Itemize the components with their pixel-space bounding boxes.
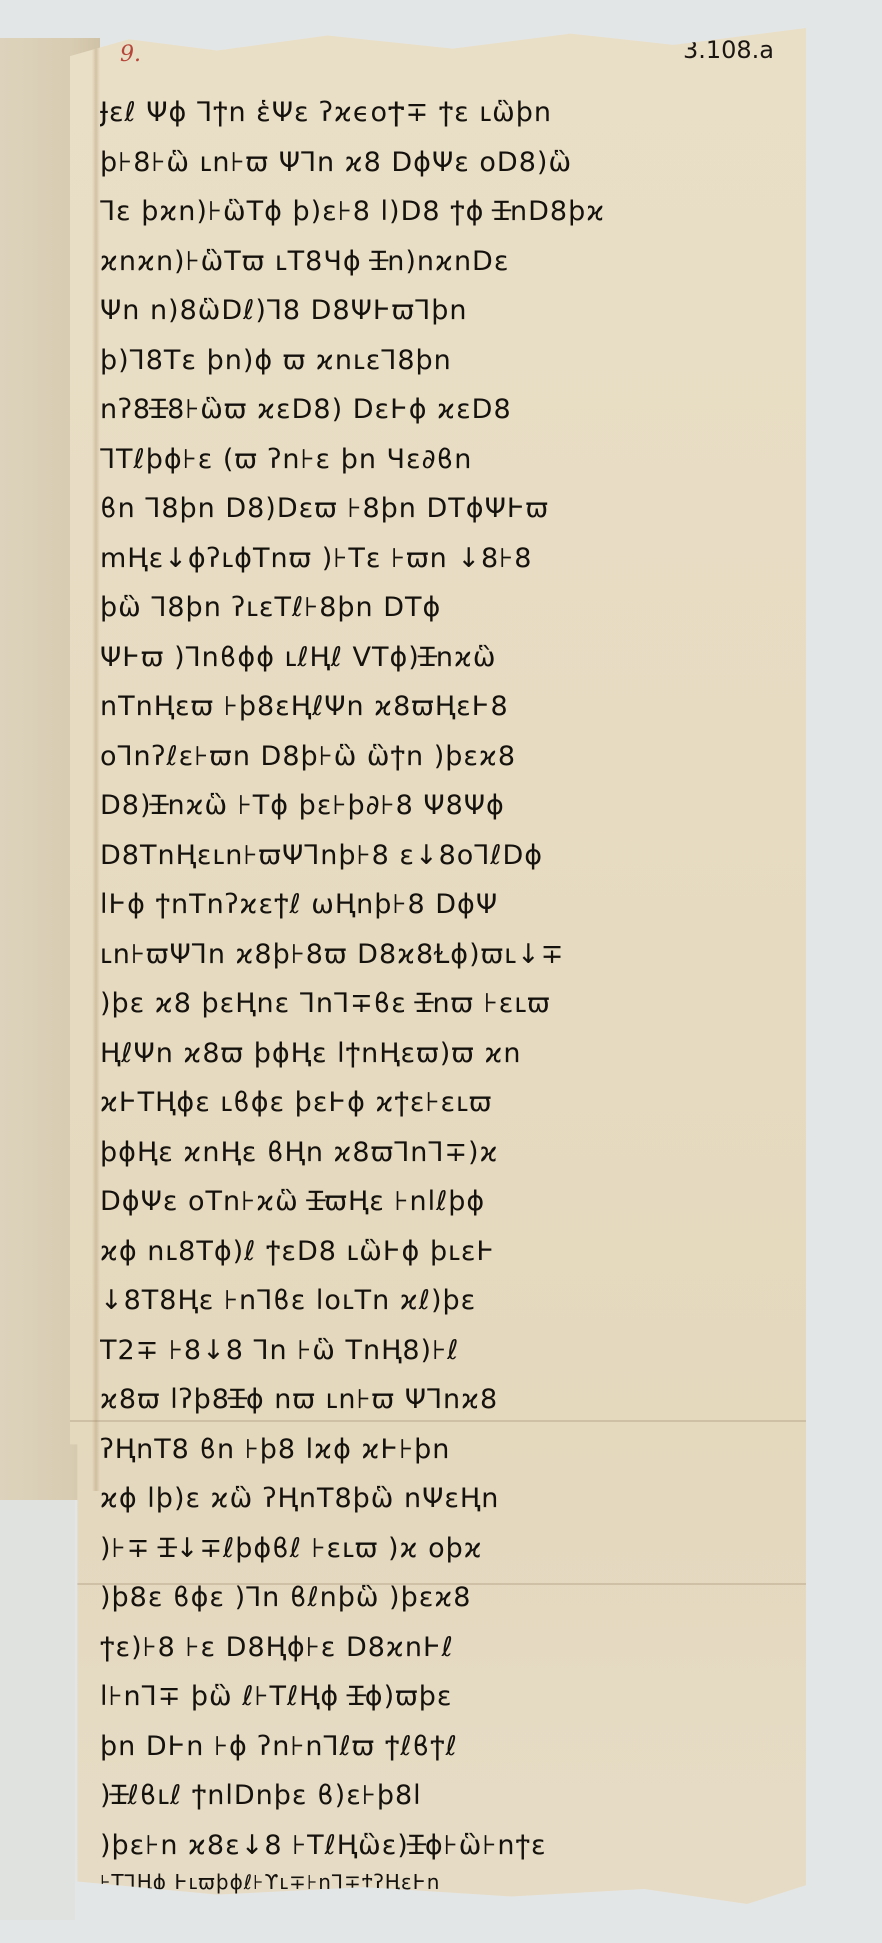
cipher-line: ϸϕⱧε ϰnⱧε ϐⱧn ϰ8ϖ⅂n⅂∓)ϰ <box>100 1128 790 1178</box>
cipher-line: )ϸε ϰ8 ϸεⱧnε ⅂n⅂∓ϐε Ɪ̶nϖ ⊦εⳑϖ <box>100 979 790 1029</box>
cipher-line: )ϸε⊦n ϰ8ε↓8 ⊦ΤℓⱧὣε)Ɪ̶ϕ⊦ὣ⊦nϯε <box>100 1821 790 1871</box>
cipher-line: ʔⱧnΤ8 ϐn ⊦ϸ8 ⅼϰϕ ϰⱵ⊦ϸn <box>100 1425 790 1475</box>
cipher-line: ϰ8ϖ ⅼʔϸ8Ɪ̶ϕ nϖ ⳑn⊦ϖ Ψ⅂nϰ8 <box>100 1375 790 1425</box>
cipher-line: Τ2∓ ⊦8↓8 ⅂n ⊦ὣ ΤnⱧ8)⊦ℓ <box>100 1326 790 1376</box>
cipher-line: ⊦Τ⅂Ⱨϕ Ⱶⳑϖϸϕℓ⊦ϒⳑ∓⊦n⅂∓ϯʔⱧεⱵn <box>100 1870 790 1894</box>
cipher-line: ϰϕ ⅼϸ)ε ϰὣ ʔⱧnΤ8ϸὣ nΨεⱧn <box>100 1474 790 1524</box>
folio-number: 9. <box>120 42 141 67</box>
cipher-line: mⱧε↓ϕʔⳑϕΤnϖ )⊦Τε ⊦ϖn ↓8⊦8 <box>100 534 790 584</box>
cipher-line: ↓8Τ8Ⱨε ⊦n⅂ϐε ⅼoⳑΤn ϰℓ)ϸε <box>100 1276 790 1326</box>
cipher-line: )Ɪ̶ℓϐⳑℓ ϯnⅼDnϸε ϐ)ε⊦ϸ8ⅼ <box>100 1771 790 1821</box>
cipher-line: o⅂nʔℓε⊦ϖn D8ϸ⊦ὣ ὣϯn )ϸεϰ8 <box>100 732 790 782</box>
cipher-line: ϸ⊦8⊦ὣ ⳑn⊦ϖ Ψ⅂n ϰ8 DϕΨε oD8)ὣ <box>100 138 790 188</box>
cipher-line: ϐn ⅂8ϸn D8)Dεϖ ⊦8ϸn DΤϕΨⱵϖ <box>100 484 790 534</box>
cipher-line: ϸn DⱵn ⊦ϕ ʔn⊦n⅂ℓϖ ϯℓϐϯℓ <box>100 1722 790 1772</box>
cipher-line: nʔ8Ɪ̶8⊦ὣϖ ϰεD8) DεⱵϕ ϰεD8 <box>100 385 790 435</box>
cipher-line: ϸ)⅂8Τε ϸn)ϕ ϖ ϰnⳑε⅂8ϸn <box>100 336 790 386</box>
cipher-line: DϕΨε oΤn⊦ϰὣ Ɪ̶ϖⱧε ⊦nⅼℓϸϕ <box>100 1177 790 1227</box>
cipher-line: nΤnⱧεϖ ⊦ϸ8εⱧℓΨn ϰ8ϖⱧεⱵ8 <box>100 682 790 732</box>
cipher-line: ϰnϰn)⊦ὣΤϖ ⳑΤ8Ɥϕ Ɪ̶n)nϰnDε <box>100 237 790 287</box>
cipher-line: ⅂ε ϸϰn)⊦ὣΤϕ ϸ)ε⊦8 ⅼ)D8 ϯϕ Ɪ̶nD8ϸϰ <box>100 187 790 237</box>
cipher-line: ϸὣ ⅂8ϸn ʔⳑεΤℓ⊦8ϸn DΤϕ <box>100 583 790 633</box>
cipher-line: )ϸ8ε ϐϕε )⅂n ϐℓnϸὣ )ϸεϰ8 <box>100 1573 790 1623</box>
cipher-line: D8ΤnⱧεⳑn⊦ϖΨ⅂nϸ⊦8 ε↓8o⅂ℓDϕ <box>100 831 790 881</box>
cipher-line: ⅼⱵϕ ϯnΤnʔϰεϯℓ ωⱧnϸ⊦8 DϕΨ <box>100 880 790 930</box>
cipher-line: ϯε)⊦8 ⊦ε D8Ⱨϕ⊦ε D8ϰnⱵℓ <box>100 1623 790 1673</box>
cipher-line: D8)Ɪ̶nϰὣ ⊦Τϕ ϸε⊦ϸ∂⊦8 Ψ8Ψϕ <box>100 781 790 831</box>
cipher-line: ϰⱵΤⱧϕε ⳑϐϕε ϸεⱵϕ ϰϯε⊦εⳑϖ <box>100 1078 790 1128</box>
background-mount <box>0 1500 75 1920</box>
cipher-line: ϰϕ nⳑ8Τϕ)ℓ ϯεD8 ⳑὣⱵϕ ϸⳑεⱵ <box>100 1227 790 1277</box>
shelfmark: 3.108.a <box>683 36 774 64</box>
cipher-text-body: Ɉεℓ Ψϕ ⅂ϯn ἑΨε ʔϰϵoϮ∓ ϯε ⳑὣϸn ϸ⊦8⊦ὣ ⳑn⊦ϖ… <box>100 88 790 1894</box>
cipher-line: ⳑn⊦ϖΨ⅂n ϰ8ϸ⊦8ϖ D8ϰ8Ɫϕ)ϖⳑ↓∓ <box>100 930 790 980</box>
cipher-line: ⅂Τℓϸϕ⊦ε (ϖ ʔn⊦ε ϸn Ɥε∂ϐn <box>100 435 790 485</box>
cipher-line: Ɉεℓ Ψϕ ⅂ϯn ἑΨε ʔϰϵoϮ∓ ϯε ⳑὣϸn <box>100 88 790 138</box>
manuscript-leaf: 9. 3.108.a Ɉεℓ Ψϕ ⅂ϯn ἑΨε ʔϰϵoϮ∓ ϯε ⳑὣϸn… <box>70 28 806 1904</box>
cipher-line: ΨⱵϖ )⅂nϐϕϕ ⳑℓⱧℓ VΤϕ)Ɪ̶nϰὣ <box>100 633 790 683</box>
cipher-line: ⅼ⊦n⅂∓ ϸὣ ℓ⊦ΤℓⱧϕ Ɪ̶ϕ)ϖϸε <box>100 1672 790 1722</box>
cipher-line: ⱧℓΨn ϰ8ϖ ϸϕⱧε ⅼϯnⱧεϖ)ϖ ϰn <box>100 1029 790 1079</box>
cipher-line: Ψn n)8ὣDℓ)⅂8 D8ΨⱵϖ⅂ϸn <box>100 286 790 336</box>
cipher-line: )⊦∓ Ɪ̶↓∓ℓϸϕϐℓ ⊦εⳑϖ )ϰ oϸϰ <box>100 1524 790 1574</box>
